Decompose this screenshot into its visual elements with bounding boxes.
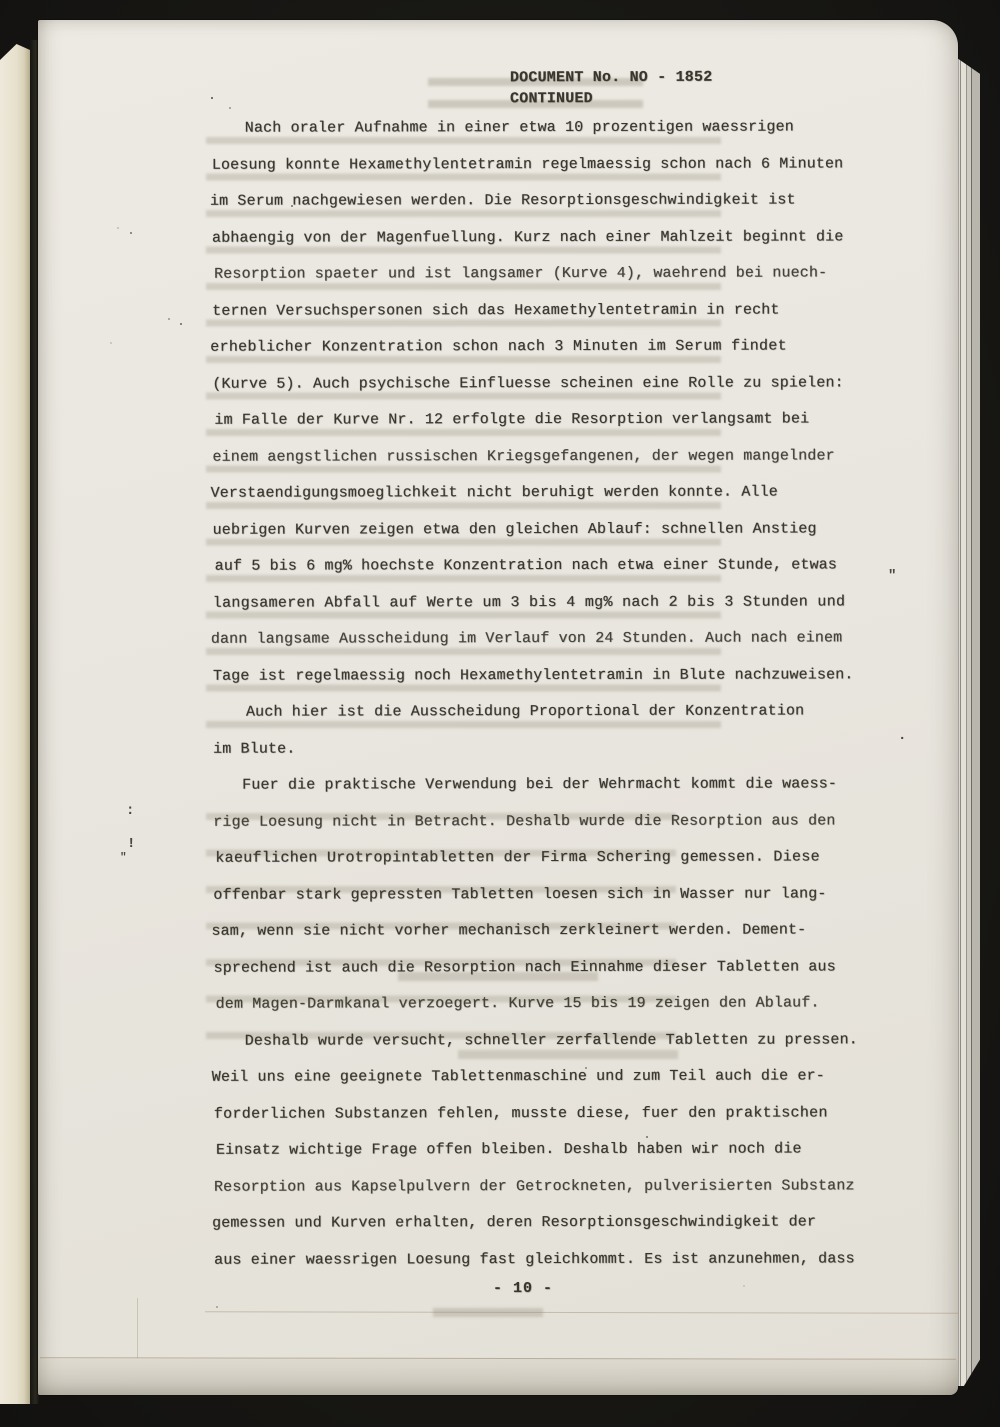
typed-line: Deshalb wurde versucht, schneller zerfal… bbox=[214, 1029, 904, 1067]
typed-line: Nach oraler Aufnahme in einer etwa 10 pr… bbox=[214, 116, 902, 154]
typed-line: auf 5 bis 6 mg% hoechste Konzentration n… bbox=[215, 554, 903, 592]
typed-line: erheblicher Konzentration schon nach 3 M… bbox=[210, 335, 902, 373]
document-number: DOCUMENT No. NO - 1852 bbox=[510, 67, 712, 89]
stray-mark: ! bbox=[127, 836, 135, 852]
typed-line: uebrigen Kurven zeigen etwa den gleichen… bbox=[213, 518, 903, 556]
stray-mark: : bbox=[126, 803, 134, 819]
typed-line: Resorption aus Kapselpulvern der Getrock… bbox=[214, 1175, 904, 1213]
typed-line: aus einer waessrigen Loesung fast gleich… bbox=[214, 1248, 904, 1286]
crease-line bbox=[205, 1311, 958, 1314]
typed-line: Verstaendigungsmoeglichkeit nicht beruhi… bbox=[211, 481, 903, 519]
typed-line: einem aengstlichen russischen Kriegsgefa… bbox=[212, 445, 902, 483]
typed-line: sam, wenn sie nicht vorher mechanisch ze… bbox=[211, 919, 903, 957]
typed-line: gemessen und Kurven erhalten, deren Reso… bbox=[212, 1211, 904, 1249]
typed-line: dem Magen-Darmkanal verzoegert. Kurve 15… bbox=[216, 992, 904, 1030]
page-stack-edge bbox=[957, 58, 980, 1386]
typed-line: forderlichen Substanzen fehlen, musste d… bbox=[214, 1102, 904, 1140]
typed-line: ternen Versuchspersonen sich das Hexamet… bbox=[212, 299, 902, 337]
typed-line: Auch hier ist die Ausscheidung Proportio… bbox=[215, 700, 903, 738]
stray-mark: . bbox=[898, 728, 906, 744]
typed-line: (Kurve 5). Auch psychische Einfluesse sc… bbox=[212, 372, 902, 410]
typed-line: Einsatz wichtige Frage offen bleiben. De… bbox=[216, 1138, 904, 1176]
typed-line: Resorption spaeter und ist langsamer (Ku… bbox=[214, 262, 902, 300]
page-bottom-shading bbox=[38, 1359, 958, 1395]
scanned-document-photo: DOCUMENT No. NO - 1852 CONTINUED Nach or… bbox=[0, 0, 1000, 1427]
crease-line bbox=[137, 1298, 138, 1358]
typed-line: sprechend ist auch die Resorption nach E… bbox=[214, 956, 904, 994]
bleed-through-text bbox=[433, 1308, 543, 1317]
typed-line: abhaengig von der Magenfuellung. Kurz na… bbox=[212, 226, 902, 264]
typed-line: offenbar stark gepressten Tabletten loes… bbox=[213, 883, 903, 921]
typed-line: langsameren Abfall auf Werte um 3 bis 4 … bbox=[213, 591, 903, 629]
typed-line: im Blute. bbox=[213, 737, 903, 775]
underlying-page-edge bbox=[0, 44, 30, 1404]
typed-line: dann langsame Ausscheidung im Verlauf vo… bbox=[211, 627, 903, 665]
typed-line: Loesung konnte Hexamethylentetramin rege… bbox=[212, 153, 902, 191]
typed-line: im Serum nachgewiesen werden. Die Resorp… bbox=[210, 189, 902, 227]
stray-mark: " bbox=[120, 852, 127, 864]
typed-line: Fuer die praktische Verwendung bei der W… bbox=[211, 773, 903, 811]
typed-line: Tage ist regelmaessig noch Hexamethylent… bbox=[213, 664, 903, 702]
document-header: DOCUMENT No. NO - 1852 CONTINUED bbox=[510, 67, 713, 110]
typed-line: Weil uns eine geeignete Tablettenmaschin… bbox=[212, 1065, 904, 1103]
typed-line: kaeuflichen Urotropintabletten der Firma… bbox=[215, 846, 903, 884]
typed-line: im Falle der Kurve Nr. 12 erfolgte die R… bbox=[214, 408, 902, 446]
stray-mark: " bbox=[888, 568, 896, 584]
continued-label: CONTINUED bbox=[510, 88, 712, 110]
typed-line: rige Loesung nicht in Betracht. Deshalb … bbox=[213, 810, 903, 848]
page-number: - 10 - bbox=[493, 1280, 553, 1297]
document-body: Nach oraler Aufnahme in einer etwa 10 pr… bbox=[212, 116, 904, 1285]
document-page: DOCUMENT No. NO - 1852 CONTINUED Nach or… bbox=[38, 20, 958, 1395]
